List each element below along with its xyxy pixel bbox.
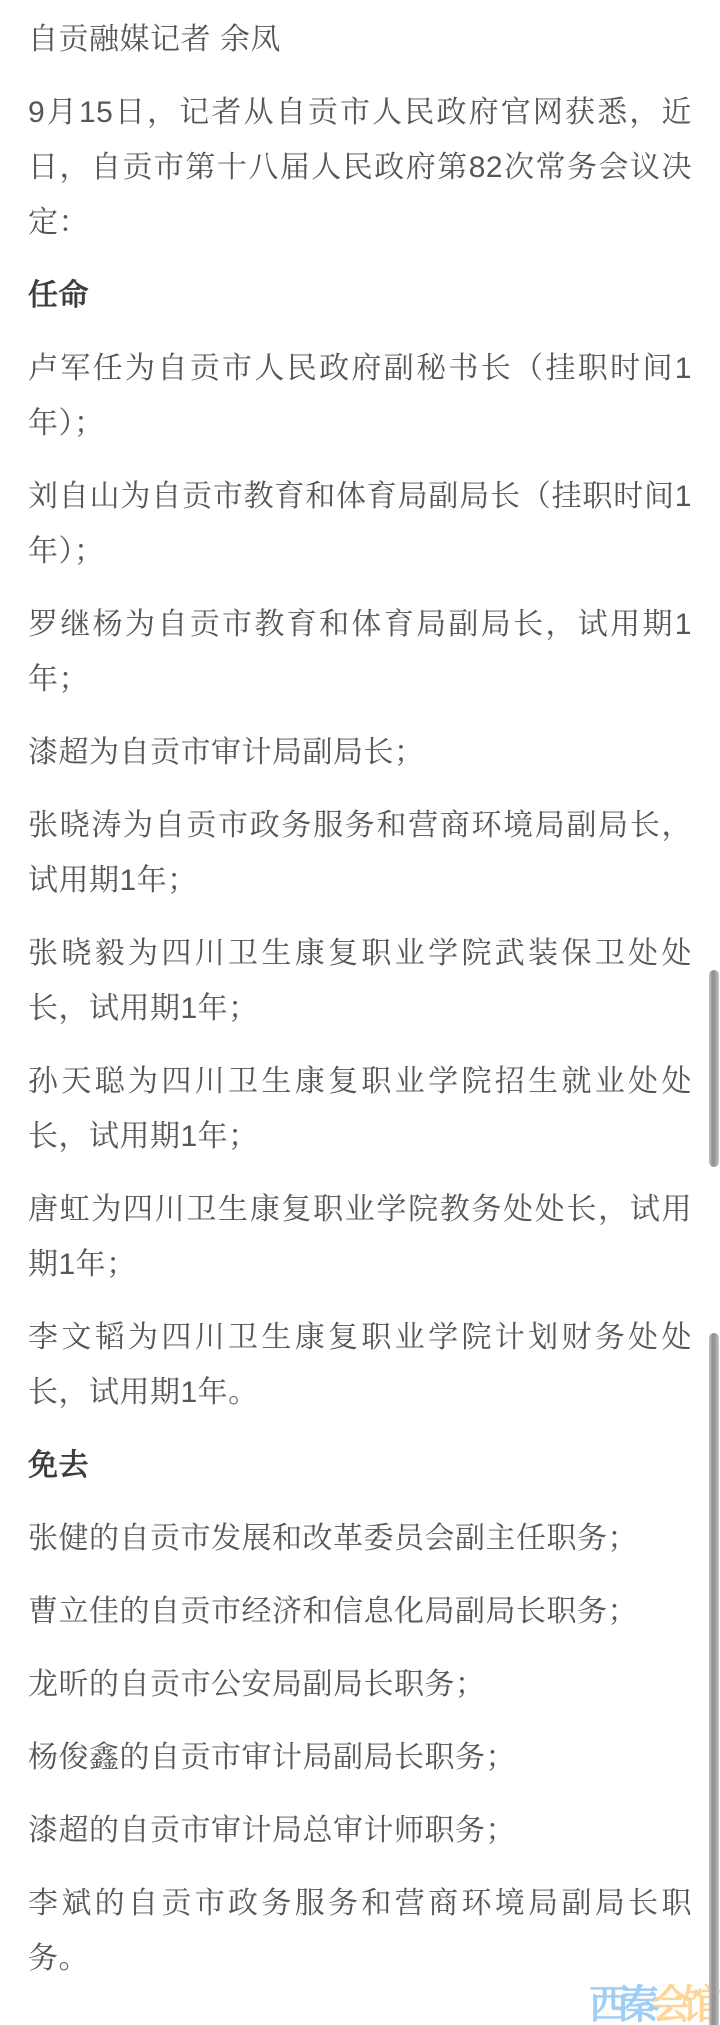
section-heading-appointments: 任命 xyxy=(28,268,692,323)
watermark-part-blue: 西秦 xyxy=(589,1983,651,2025)
intro-paragraph: 9月15日，记者从自贡市人民政府官网获悉，近日，自贡市第十八届人民政府第82次常… xyxy=(28,85,692,250)
removal-item: 杨俊鑫的自贡市审计局副局长职务； xyxy=(28,1730,692,1785)
removal-item: 龙昕的自贡市公安局副局长职务； xyxy=(28,1657,692,1712)
removal-item: 李斌的自贡市政务服务和营商环境局副局长职务。 xyxy=(28,1876,692,1986)
scrollbar-thumb-lower[interactable] xyxy=(709,1333,719,2025)
watermark-part-orange: 会馆 xyxy=(651,1983,713,2025)
removal-item: 张健的自贡市发展和改革委员会副主任职务； xyxy=(28,1511,692,1566)
appointment-item: 张晓涛为自贡市政务服务和营商环境局副局长，试用期1年； xyxy=(28,798,692,908)
section-heading-removals: 免去 xyxy=(28,1438,692,1493)
removal-item: 曹立佳的自贡市经济和信息化局副局长职务； xyxy=(28,1584,692,1639)
appointment-item: 张晓毅为四川卫生康复职业学院武装保卫处处长，试用期1年； xyxy=(28,926,692,1036)
appointment-item: 孙天聪为四川卫生康复职业学院招生就业处处长，试用期1年； xyxy=(28,1054,692,1164)
appointment-item: 罗继杨为自贡市教育和体育局副局长，试用期1年； xyxy=(28,597,692,707)
byline: 自贡融媒记者 余凤 xyxy=(28,12,692,67)
watermark-xiqin-huiguan: 西秦会馆 xyxy=(589,1985,713,2025)
appointment-item: 刘自山为自贡市教育和体育局副局长（挂职时间1年）； xyxy=(28,469,692,579)
appointment-item: 漆超为自贡市审计局副局长； xyxy=(28,725,692,780)
article-body: 自贡融媒记者 余凤 9月15日，记者从自贡市人民政府官网获悉，近日，自贡市第十八… xyxy=(0,0,720,2004)
appointment-item: 卢军任为自贡市人民政府副秘书长（挂职时间1年）； xyxy=(28,341,692,451)
scrollbar-thumb-upper[interactable] xyxy=(709,970,719,1167)
appointment-item: 李文韬为四川卫生康复职业学院计划财务处处长，试用期1年。 xyxy=(28,1310,692,1420)
removal-item: 漆超的自贡市审计局总审计师职务； xyxy=(28,1803,692,1858)
appointment-item: 唐虹为四川卫生康复职业学院教务处处长，试用期1年； xyxy=(28,1182,692,1292)
